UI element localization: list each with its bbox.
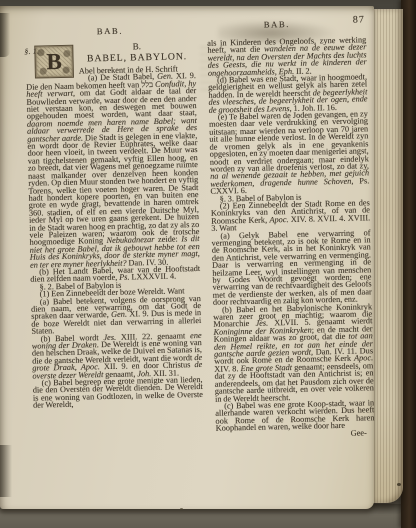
paragraph: (b) Babel wordt Jes. XIII. 22. genaamt e… bbox=[32, 332, 203, 380]
printed-text-block: BAB. BAB. 87 §. 1. B B. BABEL, BABYLON. … bbox=[25, 17, 375, 443]
paragraph: (a) De Stadt Babel, Gen. XI. 9. Die den … bbox=[26, 72, 200, 268]
two-column-text: §. 1. B B. BABEL, BABYLON. Abel berekent… bbox=[25, 36, 375, 443]
running-head-right: BAB. bbox=[207, 18, 347, 31]
left-column: §. 1. B B. BABEL, BABYLON. Abel berekent… bbox=[25, 40, 204, 444]
page-shadow-bottom-left bbox=[0, 445, 12, 497]
ornate-initial-drop-cap: B bbox=[34, 45, 74, 79]
paragraph: (a) Gelyk Babel ene verwarring of vermen… bbox=[211, 229, 372, 307]
running-head-left: BAB. bbox=[25, 24, 195, 38]
paragraph: (a) Babel betekent, volgens de oorsprong… bbox=[31, 295, 202, 336]
paragraph: (d) Babel was ene Stadt, waar in hoogmoe… bbox=[208, 73, 368, 113]
paragraph: (e) Te Babel waren de Joden gevangen, en… bbox=[209, 110, 370, 195]
section-mark: §. 1. bbox=[24, 47, 39, 55]
paragraph: (c) Babel begreep ene grote menigte van … bbox=[33, 376, 204, 409]
page-shadow-top-left bbox=[0, 13, 10, 57]
left-column-paragraphs: Abel berekent in de H. Schrift(a) De Sta… bbox=[26, 65, 203, 409]
paper-speck bbox=[397, 483, 401, 486]
paragraph: als in Kinderen des Ongeloofs, zyne werk… bbox=[207, 36, 367, 76]
paragraph: (2) Een Zinnebeeldt der Stadt Rome en de… bbox=[211, 199, 371, 232]
page-number: 87 bbox=[353, 14, 365, 25]
paragraph: (c) Babel was ene grote Koop-stadt, waar… bbox=[215, 399, 375, 432]
book-cover-edge bbox=[401, 0, 416, 528]
paragraph: (b) Babel en het Babylonische Koninkryk … bbox=[213, 303, 374, 403]
right-column-paragraphs: als in Kinderen des Ongeloofs, zyne werk… bbox=[207, 36, 375, 432]
book-page: BAB. BAB. 87 §. 1. B B. BABEL, BABYLON. … bbox=[0, 6, 374, 509]
paper-speck bbox=[180, 508, 183, 510]
right-column: als in Kinderen des Ongeloofs, zyne werk… bbox=[207, 36, 375, 439]
